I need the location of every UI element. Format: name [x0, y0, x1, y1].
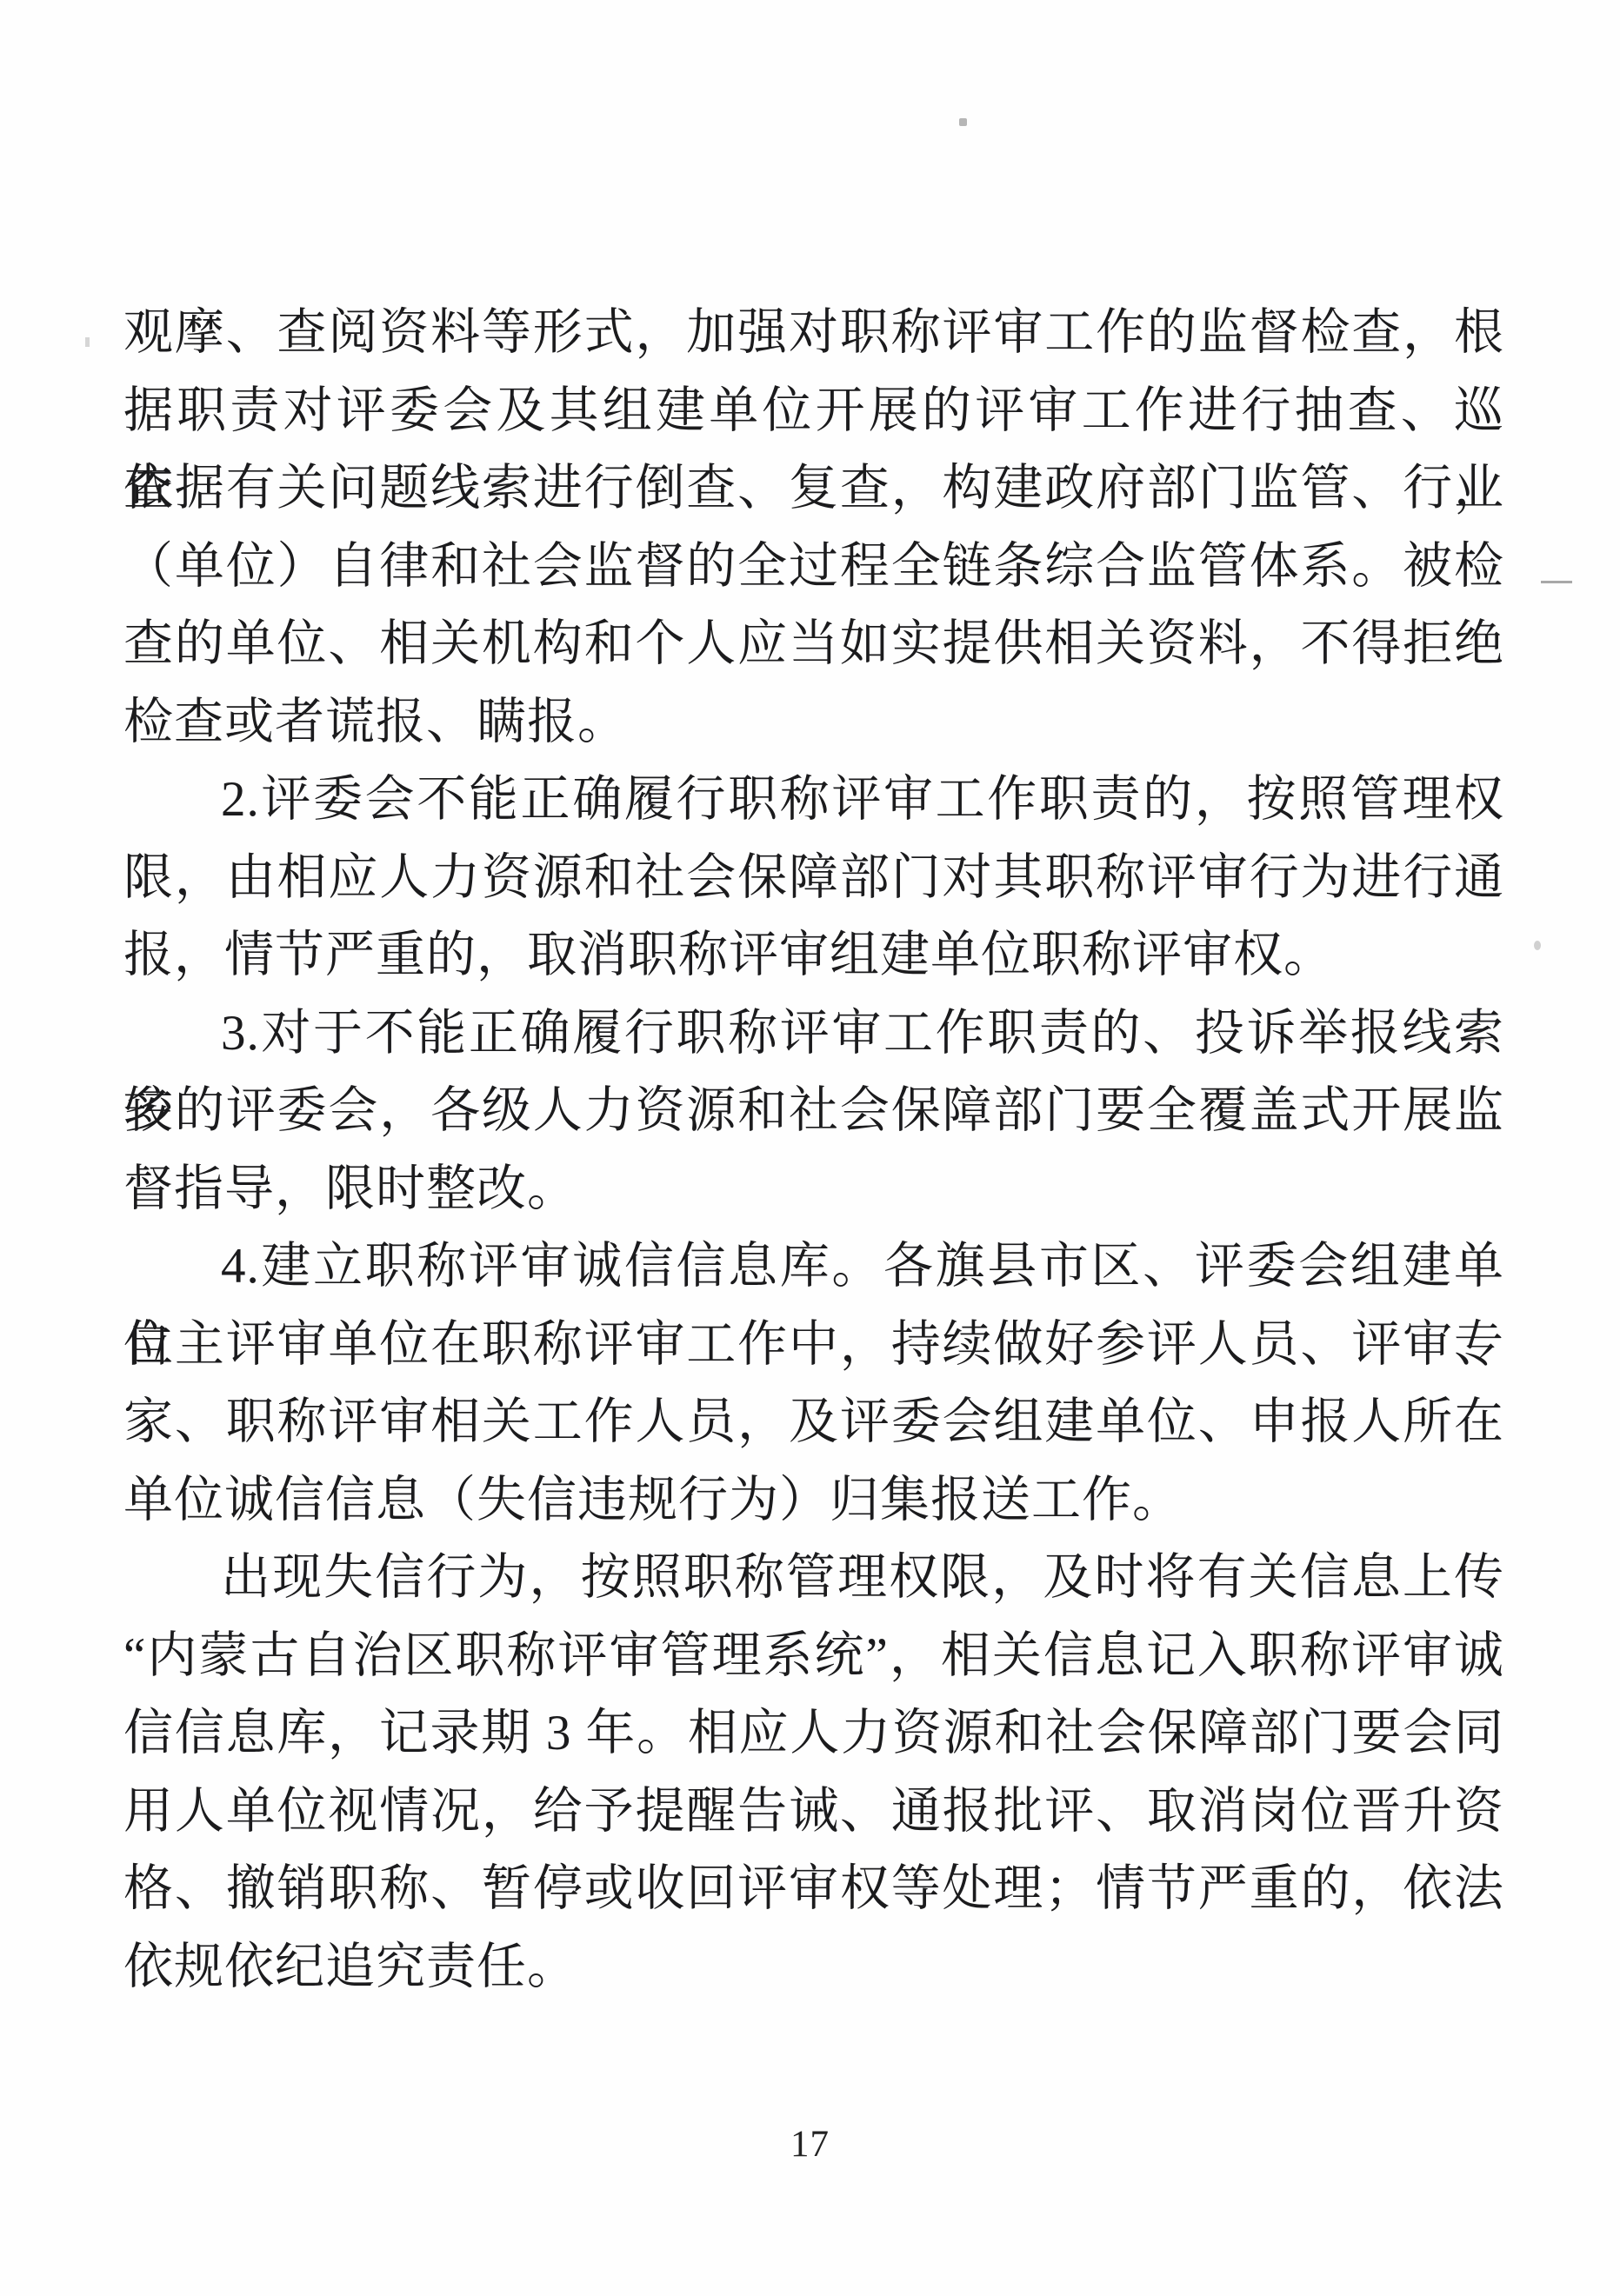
- text-line: 督指导，限时整改。: [123, 1150, 1504, 1228]
- body-text: 观摩、查阅资料等形式，加强对职称评审工作的监督检查，根据职责对评委会及其组建单位…: [123, 294, 1504, 2006]
- text-line: 依规依纪追究责任。: [123, 1928, 1504, 2007]
- text-line: 检查或者谎报、瞒报。: [123, 683, 1504, 762]
- page-number: 17: [0, 2123, 1620, 2166]
- text-line: “内蒙古自治区职称评审管理系统”，相关信息记入职称评审诚: [123, 1617, 1504, 1695]
- text-line: 据职责对评委会及其组建单位开展的评审工作进行抽查、巡查，: [123, 372, 1504, 450]
- text-line: 自主评审单位在职称评审工作中，持续做好参评人员、评审专: [123, 1306, 1504, 1384]
- text-line: 信信息库，记录期 3 年。相应人力资源和社会保障部门要会同: [123, 1694, 1504, 1773]
- text-line: 观摩、查阅资料等形式，加强对职称评审工作的监督检查，根: [123, 294, 1504, 372]
- document-page: 观摩、查阅资料等形式，加强对职称评审工作的监督检查，根据职责对评委会及其组建单位…: [0, 0, 1620, 2296]
- text-line: 用人单位视情况，给予提醒告诫、通报批评、取消岗位晋升资: [123, 1773, 1504, 1851]
- text-line: 出现失信行为，按照职称管理权限，及时将有关信息上传: [123, 1539, 1504, 1617]
- text-line: 格、撤销职称、暂停或收回评审权等处理；情节严重的，依法: [123, 1850, 1504, 1928]
- text-line: （单位）自律和社会监督的全过程全链条综合监管体系。被检: [123, 528, 1504, 606]
- scan-artifact: [1534, 941, 1541, 950]
- text-line: 单位诚信信息（失信违规行为）归集报送工作。: [123, 1461, 1504, 1540]
- text-line: 家、职称评审相关工作人员，及评委会组建单位、申报人所在: [123, 1383, 1504, 1461]
- text-line: 查的单位、相关机构和个人应当如实提供相关资料，不得拒绝: [123, 605, 1504, 683]
- text-line: 4.建立职称评审诚信信息库。各旗县市区、评委会组建单位、: [123, 1228, 1504, 1306]
- text-line: 2.评委会不能正确履行职称评审工作职责的，按照管理权: [123, 761, 1504, 839]
- scan-artifact: [85, 337, 90, 347]
- text-line: 依据有关问题线索进行倒查、复查，构建政府部门监管、行业: [123, 449, 1504, 528]
- text-line: 限，由相应人力资源和社会保障部门对其职称评审行为进行通: [123, 839, 1504, 917]
- text-line: 3.对于不能正确履行职称评审工作职责的、投诉举报线索较: [123, 995, 1504, 1073]
- scan-artifact: [959, 118, 967, 126]
- text-line: 报，情节严重的，取消职称评审组建单位职称评审权。: [123, 916, 1504, 995]
- text-line: 多的评委会，各级人力资源和社会保障部门要全覆盖式开展监: [123, 1072, 1504, 1150]
- scan-artifact: [1541, 581, 1572, 583]
